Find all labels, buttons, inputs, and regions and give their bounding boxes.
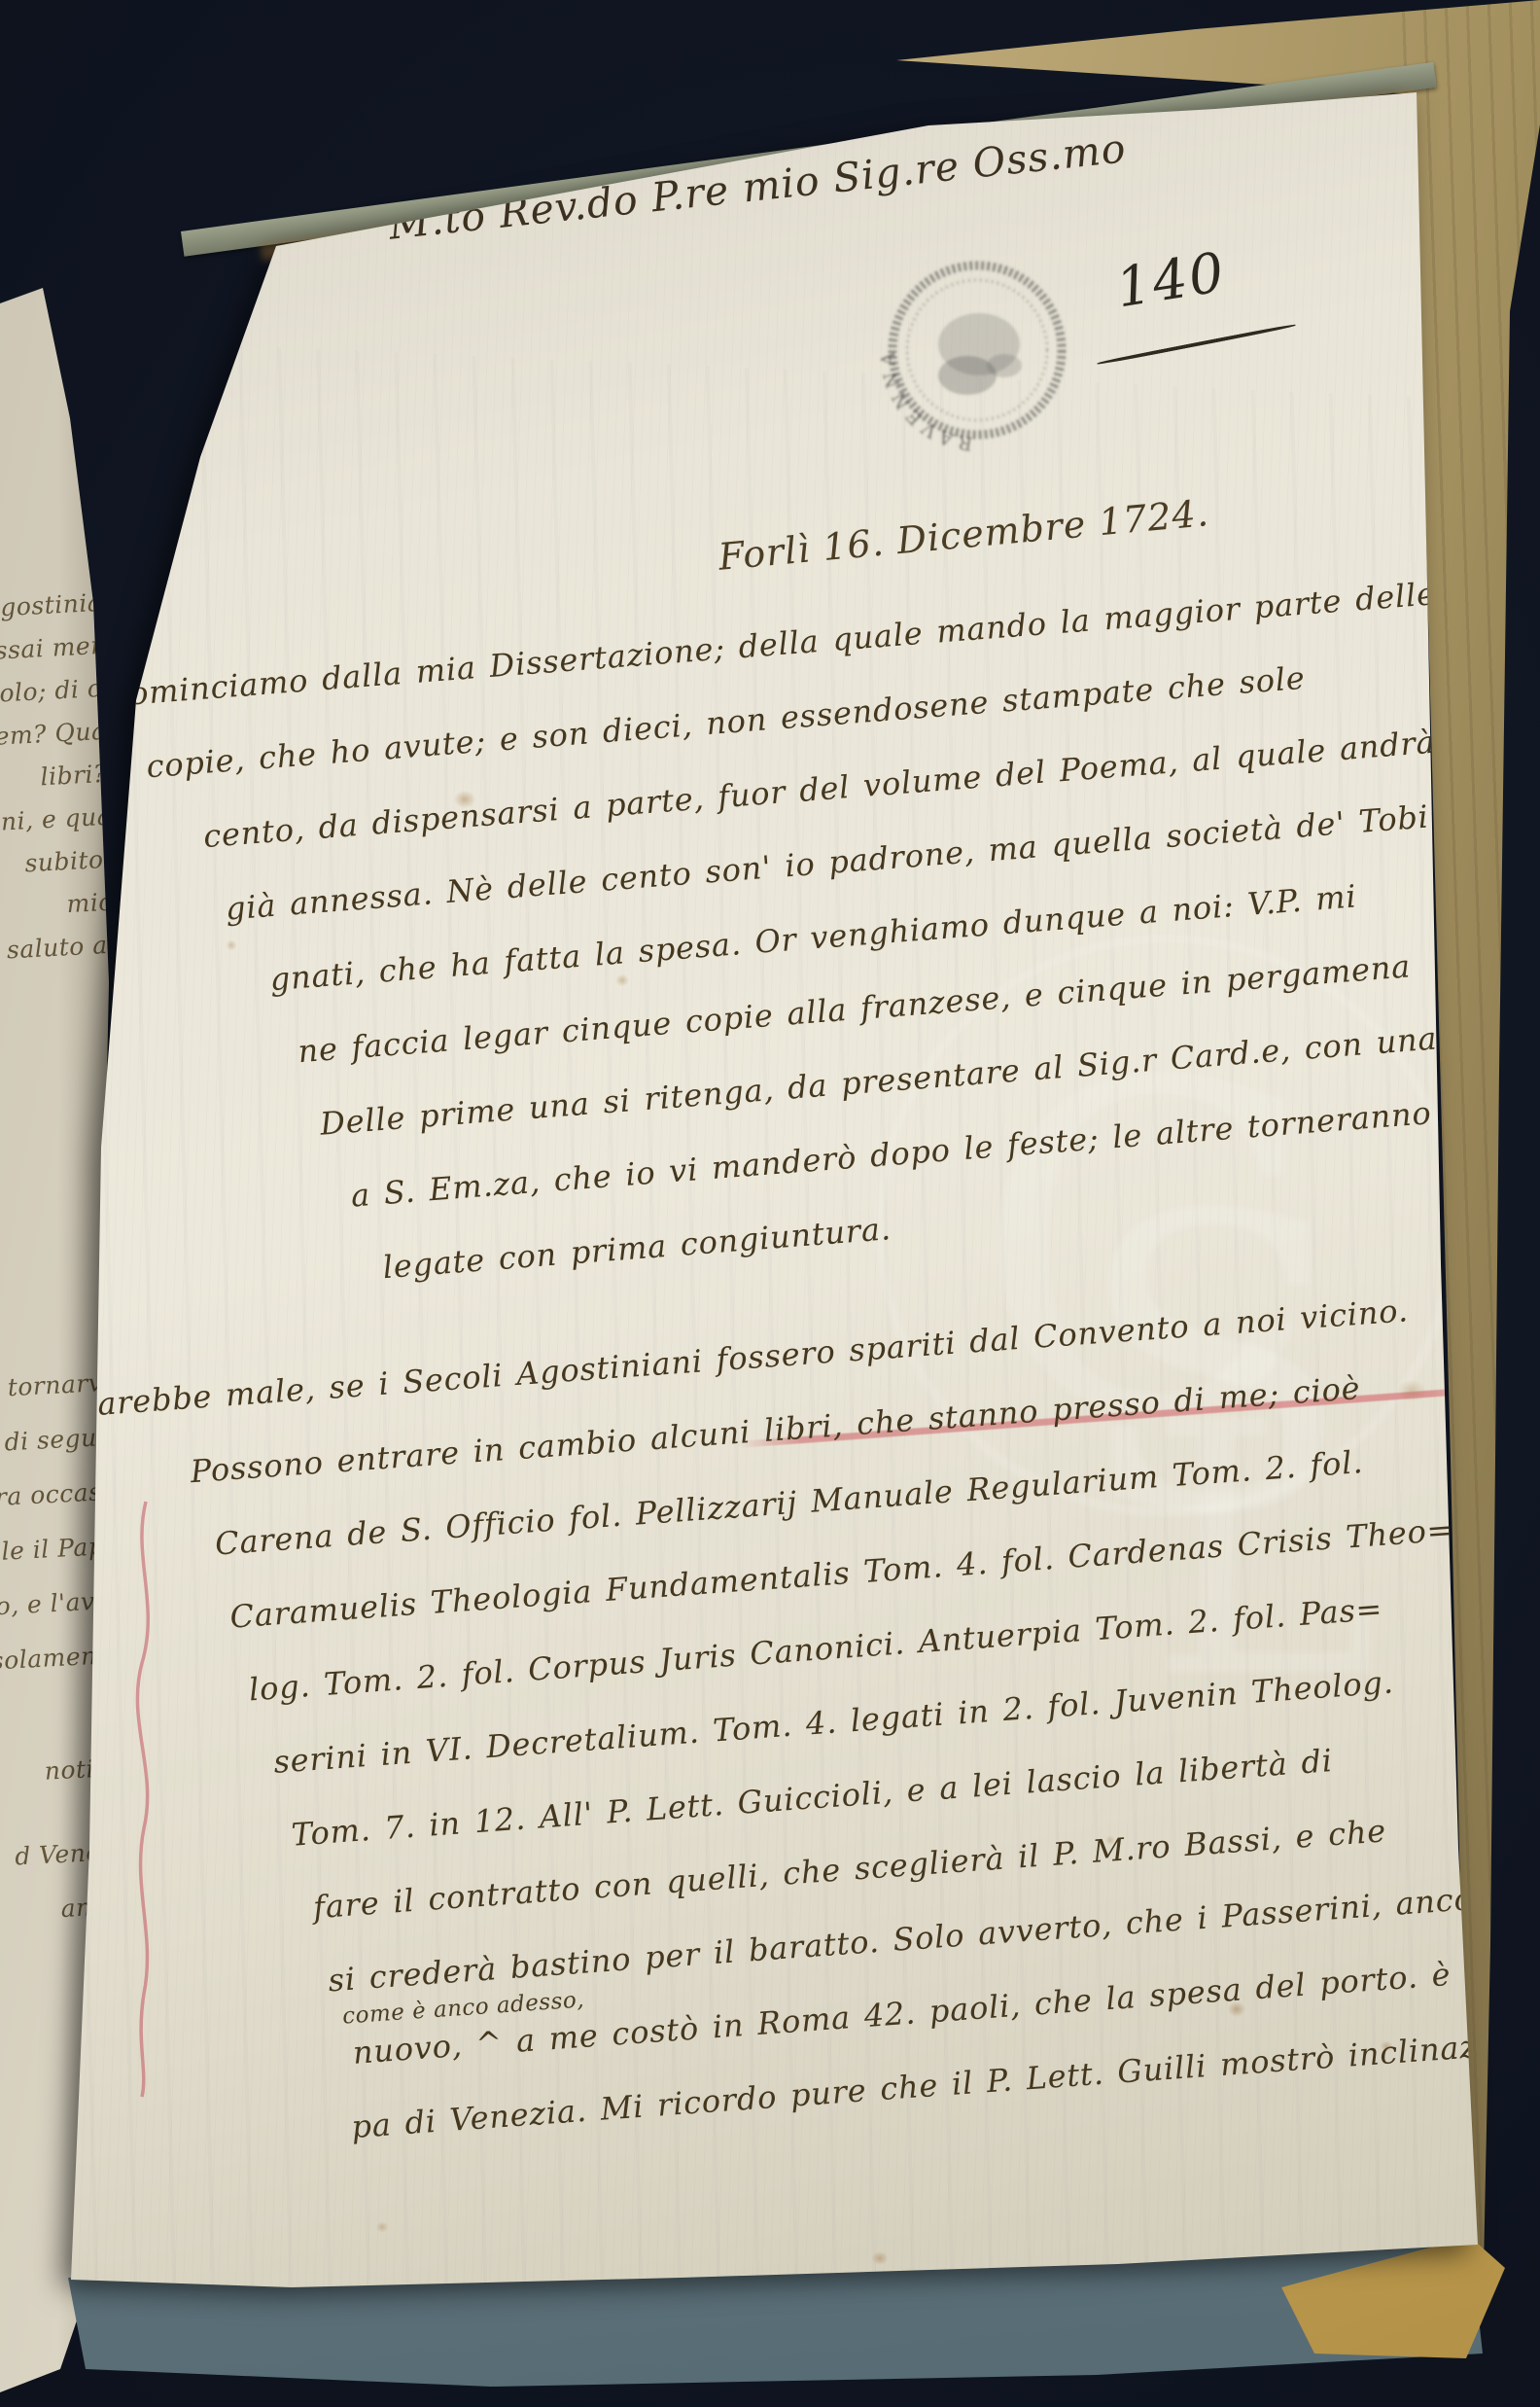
letter-page: C S L M.to Rev.do P.re mio Sig.re Oss.mo bbox=[0, 0, 1540, 2407]
letter-page-wrap: C S L M.to Rev.do P.re mio Sig.re Oss.mo bbox=[0, 0, 1540, 2407]
foxing-stains bbox=[0, 0, 1540, 2407]
manuscript-photo: oli Agostinian er assai meno piccolo; di… bbox=[0, 0, 1540, 2407]
